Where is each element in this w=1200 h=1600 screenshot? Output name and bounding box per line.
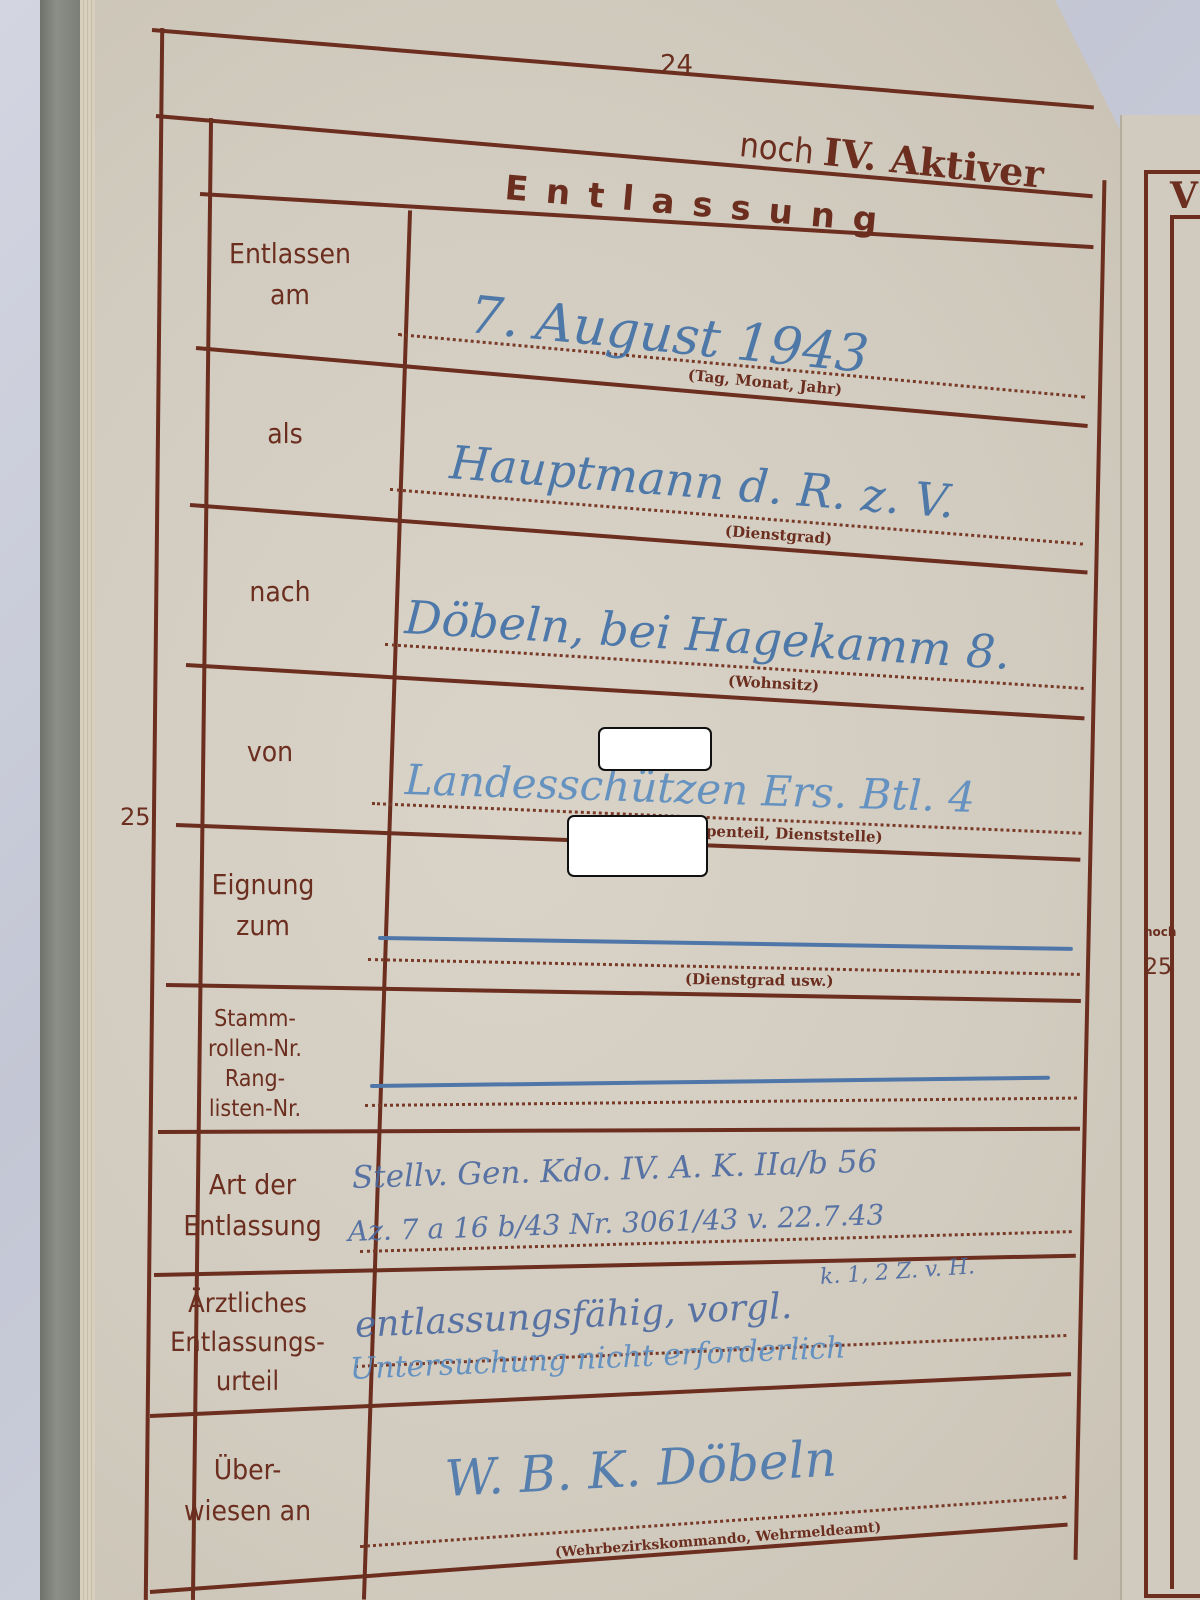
- label-aerztliches-entlassungsurteil: Ärztliches Entlassungs- urteil: [150, 1284, 345, 1401]
- caption-residence: (Wohnsitz): [728, 672, 820, 695]
- handwritten-residence: Döbeln, bei Hagekamm 8.: [403, 590, 1011, 680]
- right-border: [1074, 180, 1107, 1560]
- section-title-text: IV. Aktiver: [821, 129, 1046, 197]
- handwritten-discharge-type-line1: Stellv. Gen. Kdo. IV. A. K. IIa/b 56: [351, 1144, 877, 1196]
- label-von: von: [185, 732, 355, 773]
- label-art-der-entlassung: Art der Entlassung: [165, 1165, 340, 1246]
- strike-line: [378, 936, 1073, 951]
- handwritten-transferred-to: W. B. K. Döbeln: [443, 1430, 838, 1508]
- bottom-border: [150, 1523, 1068, 1594]
- label-als: als: [200, 414, 370, 455]
- section-prefix: noch: [738, 125, 816, 173]
- strike-line: [370, 1076, 1050, 1088]
- redaction-box: [567, 815, 708, 877]
- label-stammrollen-ranglisten: Stamm- rollen-Nr. Rang- listen-Nr.: [170, 1005, 340, 1125]
- subsection-title: Entlassung: [503, 168, 897, 242]
- label-nach: nach: [195, 572, 365, 613]
- caption-suitability: (Dienstgrad usw.): [685, 970, 834, 990]
- row-divider: [158, 1127, 1080, 1134]
- row-divider: [166, 983, 1081, 1003]
- page-number-top: 24: [660, 50, 693, 80]
- handwritten-discharge-date: 7. August 1943: [467, 285, 871, 385]
- label-ueberwiesen-an: Über- wiesen an: [150, 1450, 345, 1531]
- top-border: [152, 28, 1094, 109]
- discharge-form: 24 noch IV. Aktiver Entlassung 25 Entlas…: [0, 0, 1200, 1600]
- caption-unit: penteil, Dienststelle): [706, 822, 883, 846]
- entry-line: [365, 1097, 1077, 1107]
- side-page-number: 25: [120, 803, 151, 831]
- redaction-box: [598, 727, 712, 771]
- label-entlassen-am: Entlassen am: [205, 234, 375, 315]
- section-title: noch IV. Aktiver: [738, 120, 1046, 197]
- label-eignung-zum: Eignung zum: [178, 865, 348, 946]
